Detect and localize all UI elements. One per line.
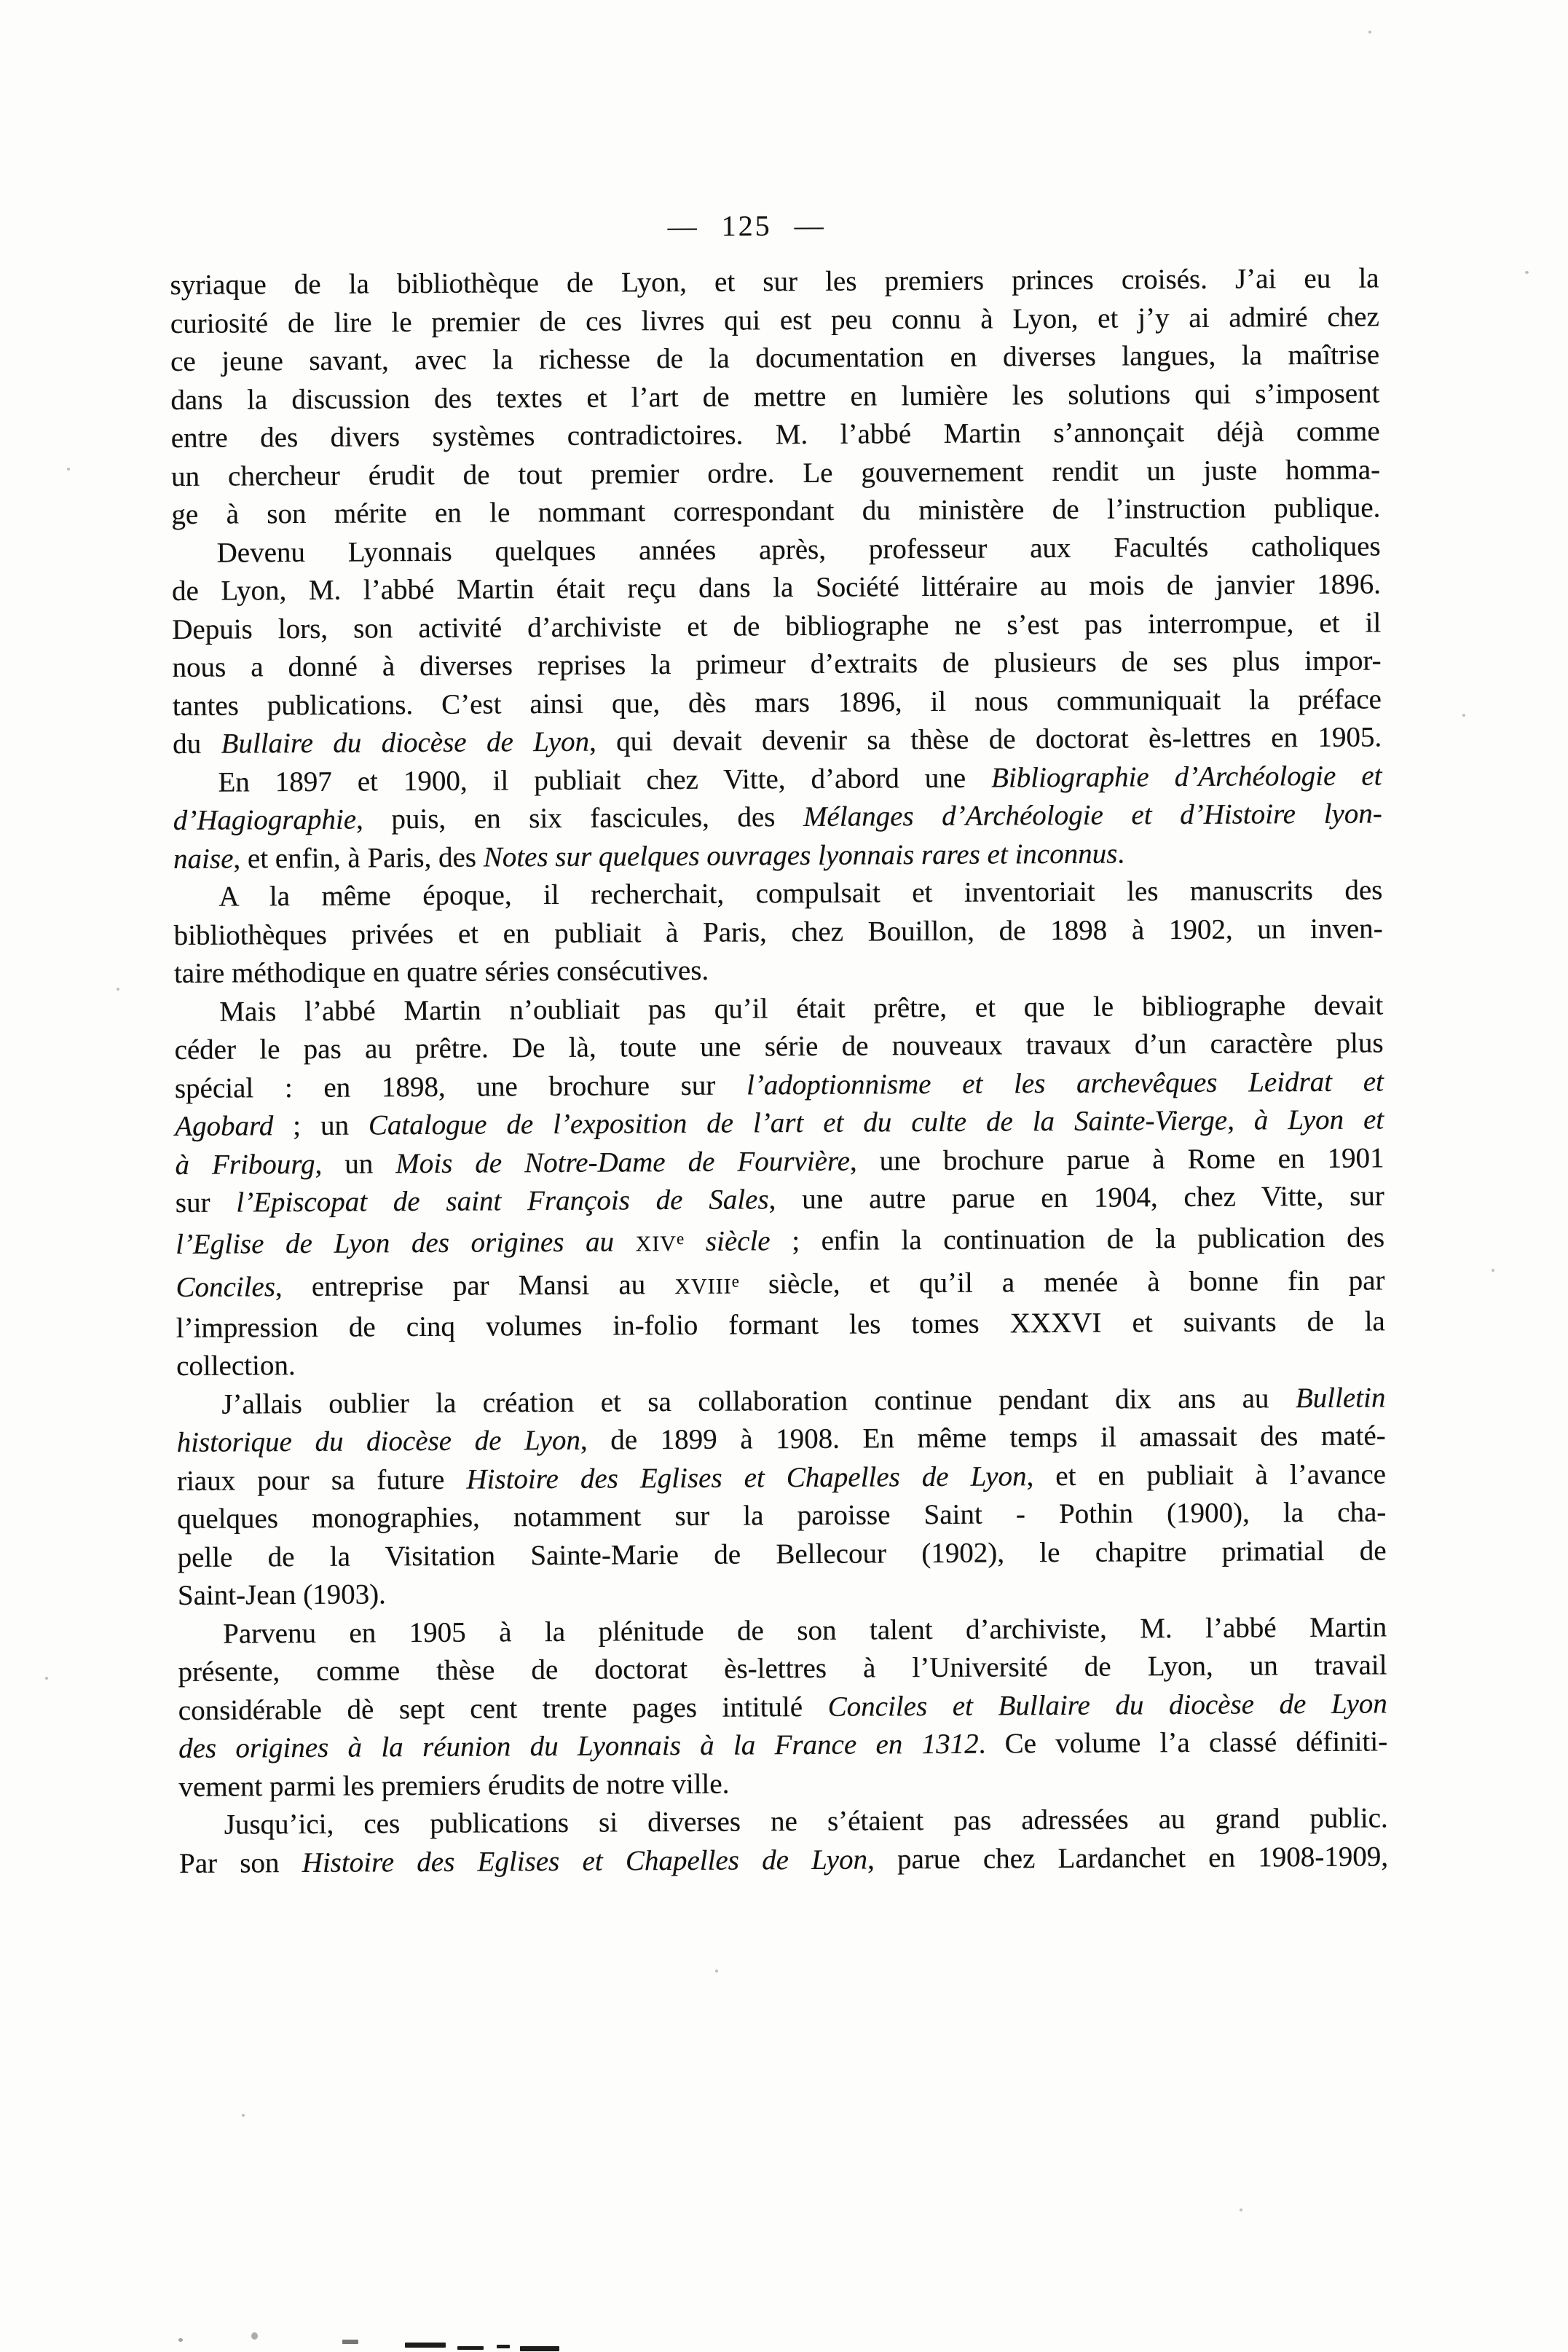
- text-line: dans la discussion des textes et l’art d…: [170, 374, 1379, 420]
- text-segment: siècle, et qu’il a menée à bonne fin par: [739, 1265, 1385, 1299]
- scan-artifact: [405, 2343, 446, 2348]
- scan-artifact: [520, 2346, 559, 2351]
- text-line: vement parmi les premiers érudits de not…: [178, 1761, 1387, 1806]
- text-line: des origines à la réunion du Lyonnais à …: [178, 1723, 1387, 1768]
- text-segment: Par son: [179, 1846, 302, 1879]
- text-line: d’Hagiographie, puis, en six fascicules,…: [173, 795, 1382, 840]
- text-segment: du: [173, 728, 221, 760]
- scan-artifact: [342, 2340, 358, 2344]
- text-segment: , parue chez Lardanchet en 1908-1909,: [867, 1841, 1388, 1875]
- noise-speck: [251, 2332, 258, 2340]
- title-segment: Histoire des Eglises et Chapelles de Lyo…: [302, 1844, 868, 1878]
- text-line: présente, comme thèse de doctorat ès-let…: [178, 1646, 1387, 1691]
- text-segment: e: [732, 1273, 739, 1291]
- text-line: entre des divers systèmes contradictoire…: [171, 412, 1380, 457]
- text-segment: tantes publications. C’est ainsi que, dè…: [173, 683, 1382, 722]
- text-line: ge à son mérite en le nommant correspond…: [171, 489, 1380, 534]
- title-segment: l’adoptionnisme et les archevêques Leidr…: [746, 1066, 1384, 1101]
- text-line: du Bullaire du diocèse de Lyon, qui deva…: [173, 718, 1382, 763]
- noise-speck: [1462, 714, 1465, 717]
- text-segment: dans la discussion des textes et l’art d…: [170, 377, 1379, 416]
- text-segment: XVIII: [674, 1275, 732, 1299]
- title-segment: siècle: [684, 1225, 771, 1257]
- text-segment: , une brochure parue à Rome en 1901: [850, 1142, 1384, 1176]
- text-line: Conciles, entreprise par Mansi au XVIIIe…: [176, 1259, 1384, 1309]
- text-segment: , un: [315, 1148, 395, 1180]
- noise-speck: [1368, 31, 1371, 34]
- title-segment: d’Hagiographie: [173, 804, 357, 836]
- text-line: pelle de la Visitation Sainte-Marie de B…: [177, 1532, 1386, 1577]
- title-segment: Histoire des Eglises et Chapelles de Lyo…: [466, 1460, 1026, 1495]
- text-line: J’allais oublier la création et sa colla…: [176, 1379, 1385, 1424]
- text-segment: , une autre parue en 1904, chez Vitte, s…: [768, 1180, 1384, 1215]
- text-line: ce jeune savant, avec la richesse de la …: [170, 336, 1379, 381]
- scanned-page: — 125 — syriaque de la bibliothèque de L…: [0, 0, 1568, 2352]
- title-segment: des origines à la réunion du Lyonnais à …: [178, 1728, 979, 1764]
- text-line: curiosité de lire le premier de ces livr…: [170, 298, 1379, 343]
- text-segment: XIV: [636, 1232, 677, 1256]
- text-segment: spécial : en 1898, une brochure sur: [175, 1069, 746, 1104]
- text-segment: .: [1117, 838, 1124, 869]
- text-line: Depuis lors, son activité d’archiviste e…: [172, 604, 1381, 649]
- text-line: nous a donné à diverses reprises la prim…: [172, 642, 1381, 687]
- text-line: un chercheur érudit de tout premier ordr…: [171, 451, 1380, 496]
- title-segment: Bibliographie d’Archéologie et: [991, 760, 1382, 793]
- text-segment: bibliothèques privées et en publiait à P…: [174, 913, 1383, 951]
- noise-speck: [1240, 2209, 1242, 2211]
- title-segment: l’Eglise de Lyon des origines au: [176, 1226, 636, 1260]
- title-segment: naise: [173, 843, 234, 874]
- text-segment: Jusqu’ici, ces publications si diverses …: [224, 1802, 1388, 1840]
- text-segment: J’allais oublier la création et sa colla…: [221, 1383, 1296, 1420]
- title-segment: Mélanges d’Archéologie et d’Histoire lyo…: [803, 798, 1382, 833]
- text-segment: entre des divers systèmes contradictoire…: [171, 415, 1380, 454]
- text-line: historique du diocèse de Lyon, de 1899 à…: [177, 1417, 1386, 1462]
- text-segment: , de 1899 à 1908. En même temps il amass…: [580, 1420, 1386, 1455]
- title-segment: Conciles et Bullaire du diocèse de Lyon: [828, 1688, 1387, 1722]
- text-line: tantes publications. C’est ainsi que, dè…: [173, 680, 1382, 725]
- text-segment: , et enfin, à Paris, des: [233, 841, 484, 874]
- text-segment: de Lyon, M. l’abbé Martin était reçu dan…: [172, 568, 1381, 607]
- scan-artifact: [497, 2345, 510, 2348]
- text-segment: pelle de la Visitation Sainte-Marie de B…: [178, 1535, 1387, 1573]
- noise-speck: [242, 2114, 245, 2117]
- text-segment: ge à son mérite en le nommant correspond…: [171, 492, 1380, 530]
- text-segment: ; un: [273, 1109, 369, 1141]
- noise-speck: [1525, 271, 1529, 274]
- title-segment: Mois de Notre-Dame de Fourvière: [395, 1145, 850, 1179]
- text-segment: , puis, en six fascicules, des: [356, 801, 803, 835]
- text-line: collection.: [176, 1340, 1385, 1385]
- title-segment: l’Episcopat de saint François de Sales: [236, 1184, 769, 1218]
- noise-speck: [117, 988, 119, 991]
- text-line: considérable dè sept cent trente pages i…: [178, 1685, 1387, 1730]
- text-line: spécial : en 1898, une brochure sur l’ad…: [175, 1063, 1384, 1108]
- text-segment: Mais l’abbé Martin n’oubliait pas qu’il …: [219, 989, 1383, 1027]
- text-line: bibliothèques privées et en publiait à P…: [174, 910, 1383, 955]
- title-segment: Bulletin: [1296, 1382, 1386, 1414]
- text-segment: A la même époque, il recherchait, compul…: [218, 874, 1382, 912]
- text-line: quelques monographies, notamment sur la …: [177, 1493, 1386, 1538]
- text-segment: collection.: [176, 1350, 296, 1382]
- title-segment: Catalogue de l’exposition de l’art et du…: [369, 1104, 1384, 1141]
- text-segment: riaux pour sa future: [177, 1463, 467, 1496]
- text-line: A la même époque, il recherchait, compul…: [173, 871, 1382, 916]
- text-line: Parvenu en 1905 à la plénitude de son ta…: [178, 1608, 1387, 1653]
- text-segment: , et en publiait à l’avance: [1026, 1458, 1386, 1492]
- text-line: naise, et enfin, à Paris, des Notes sur …: [173, 833, 1382, 878]
- text-line: Mais l’abbé Martin n’oubliait pas qu’il …: [174, 986, 1383, 1031]
- text-line: syriaque de la bibliothèque de Lyon, et …: [170, 259, 1379, 304]
- text-segment: , entreprise par Mansi au: [275, 1269, 675, 1302]
- text-line: Agobard ; un Catalogue de l’exposition d…: [175, 1101, 1384, 1146]
- text-segment: . Ce volume l’a classé définiti-: [979, 1726, 1388, 1759]
- title-segment: Notes sur quelques ouvrages lyonnais rar…: [484, 838, 1118, 873]
- text-segment: , qui devait devenir sa thèse de doctora…: [589, 721, 1382, 757]
- text-line: riaux pour sa future Histoire des Eglise…: [177, 1455, 1386, 1501]
- text-segment: ce jeune savant, avec la richesse de la …: [170, 339, 1379, 377]
- text-segment: Parvenu en 1905 à la plénitude de son ta…: [223, 1611, 1387, 1649]
- text-line: à Fribourg, un Mois de Notre-Dame de Fou…: [175, 1139, 1384, 1184]
- scan-artifact: [457, 2346, 484, 2350]
- text-segment: céder le pas au prêtre. De là, toute une…: [174, 1027, 1383, 1066]
- text-segment: e: [677, 1229, 684, 1247]
- text-line: En 1897 et 1900, il publiait chez Vitte,…: [173, 757, 1382, 802]
- noise-speck: [178, 2338, 183, 2342]
- text-segment: l’impression de cinq volumes in-folio fo…: [176, 1305, 1385, 1344]
- text-segment: Devenu Lyonnais quelques années après, p…: [217, 530, 1381, 568]
- noise-speck: [67, 468, 70, 471]
- title-segment: à Fribourg: [175, 1148, 315, 1180]
- title-segment: historique du diocèse de Lyon: [177, 1425, 580, 1458]
- page-content: — 125 — syriaque de la bibliothèque de L…: [170, 205, 1388, 1883]
- text-line: céder le pas au prêtre. De là, toute une…: [174, 1024, 1383, 1069]
- noise-speck: [45, 1677, 48, 1680]
- text-segment: Saint-Jean (1903).: [178, 1578, 386, 1611]
- noise-speck: [1492, 1269, 1494, 1272]
- text-segment: considérable dè sept cent trente pages i…: [178, 1691, 828, 1726]
- text-segment: sur: [176, 1187, 237, 1218]
- text-line: taire méthodique en quatre séries conséc…: [174, 948, 1383, 993]
- text-segment: vement parmi les premiers érudits de not…: [178, 1768, 729, 1802]
- text-segment: curiosité de lire le premier de ces livr…: [170, 301, 1379, 339]
- page-number: — 125 —: [142, 206, 1351, 247]
- text-line: de Lyon, M. l’abbé Martin était reçu dan…: [172, 565, 1381, 610]
- noise-speck: [715, 1970, 718, 1973]
- title-segment: Bullaire du diocèse de Lyon: [221, 726, 589, 760]
- text-line: Par son Histoire des Eglises et Chapelle…: [179, 1838, 1388, 1883]
- text-segment: présente, comme thèse de doctorat ès-let…: [178, 1649, 1387, 1688]
- text-line: Jusqu’ici, ces publications si diverses …: [179, 1799, 1388, 1844]
- title-segment: Conciles: [176, 1271, 275, 1303]
- text-line: sur l’Episcopat de saint François de Sal…: [176, 1177, 1384, 1222]
- title-segment: Agobard: [175, 1110, 273, 1142]
- text-segment: Depuis lors, son activité d’archiviste e…: [172, 607, 1381, 645]
- text-segment: quelques monographies, notamment sur la …: [177, 1496, 1386, 1535]
- text-segment: taire méthodique en quatre séries conséc…: [174, 955, 709, 989]
- text-block: syriaque de la bibliothèque de Lyon, et …: [170, 259, 1388, 1883]
- text-segment: nous a donné à diverses reprises la prim…: [172, 645, 1381, 683]
- text-line: l’Eglise de Lyon des origines au XIVe si…: [176, 1216, 1384, 1266]
- text-segment: un chercheur érudit de tout premier ordr…: [171, 454, 1380, 492]
- text-segment: ; enfin la continuation de la publicatio…: [771, 1222, 1385, 1256]
- text-segment: syriaque de la bibliothèque de Lyon, et …: [170, 262, 1379, 301]
- text-line: Devenu Lyonnais quelques années après, p…: [172, 527, 1381, 573]
- text-segment: En 1897 et 1900, il publiait chez Vitte,…: [218, 762, 991, 798]
- text-line: l’impression de cinq volumes in-folio fo…: [176, 1302, 1385, 1348]
- text-line: Saint-Jean (1903).: [178, 1570, 1387, 1615]
